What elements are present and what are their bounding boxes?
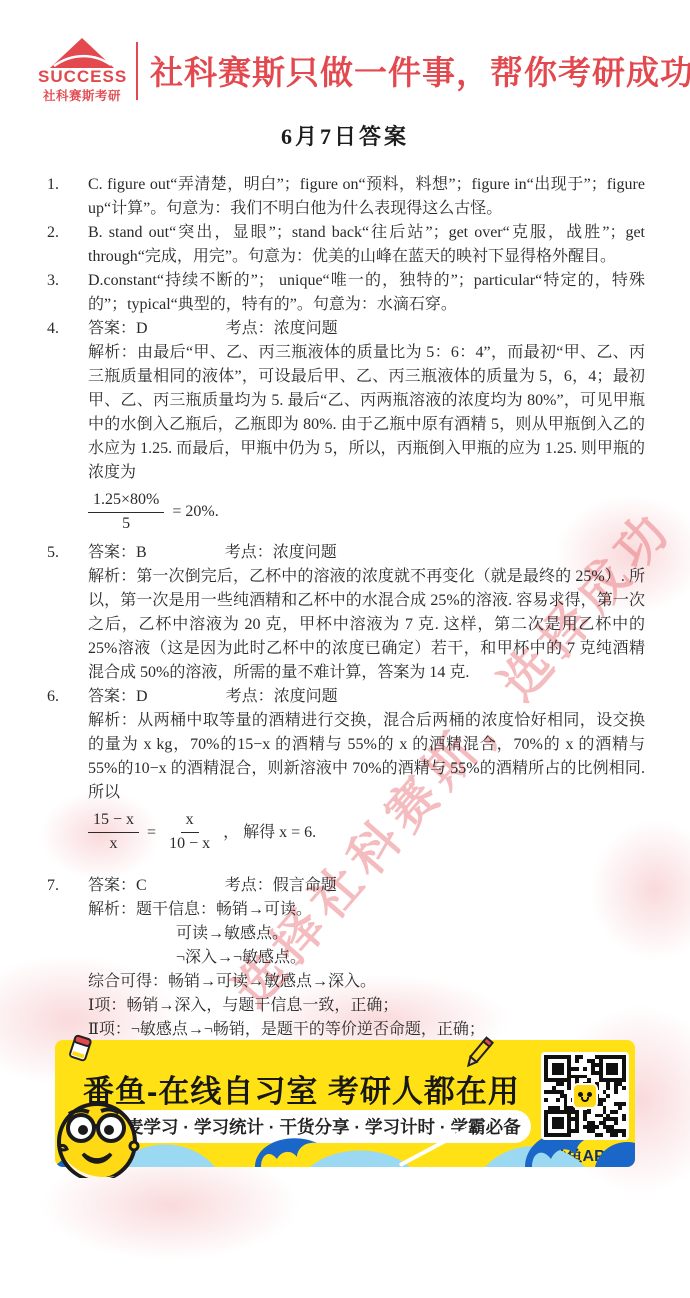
topic-label: 考点：浓度问题	[225, 541, 337, 565]
formula: 1.25×80% 5 = 20%.	[88, 490, 645, 535]
logo-brand-text: SUCCESS	[38, 68, 126, 86]
page-title: 6月7日答案	[0, 120, 690, 151]
answer-label: 答案：D	[88, 685, 148, 709]
logo-sub-text: 社科赛斯考研	[38, 86, 126, 104]
logic-line: ¬深入→¬敏感点。	[176, 946, 645, 970]
notebook-icon	[65, 1033, 95, 1065]
topic-label: 考点：浓度问题	[226, 685, 338, 709]
answer-label: 答案：B	[88, 541, 147, 565]
equals-sign: =	[147, 821, 156, 845]
topic-label: 考点：假言命题	[225, 874, 337, 898]
item-number: 4.	[47, 317, 88, 542]
fraction-numerator: x	[181, 810, 199, 833]
logic-line: Ⅱ项：¬敏感点→¬畅销，是题干的等价逆否命题，正确；	[88, 1018, 645, 1042]
analysis-text: 解析：第一次倒完后，乙杯中的溶液的浓度就不再变化（就是最终的 25%）. 所以，…	[88, 565, 645, 685]
answer-item-6: 6. 答案：D 考点：浓度问题 解析：从两桶中取等量的酒精进行交换，混合后两桶的…	[47, 685, 645, 862]
logic-line: 可读→敏感点。	[176, 922, 645, 946]
pufferfish-mascot-icon	[45, 1098, 163, 1178]
page: 选择社科赛斯，选择成功 SUCCESS 社科赛斯考研 社科赛斯只做一件事，帮你考…	[0, 0, 690, 1298]
header-divider	[136, 42, 138, 100]
fraction-denominator: 5	[117, 513, 135, 535]
answer-item-2: 2. B. stand out“突出，显眼”；stand back“往后站”；g…	[47, 221, 645, 269]
formula-tail: = 20%.	[172, 500, 218, 524]
item-text: D.constant“持续不断的”； unique“唯一的，独特的”；parti…	[88, 269, 645, 317]
analysis-text: 解析：由最后“甲、乙、丙三瓶液体的质量比为 5：6：4”，而最初“甲、乙、丙三瓶…	[88, 341, 645, 485]
item-number: 3.	[47, 269, 88, 317]
fraction-numerator: 15 − x	[88, 810, 139, 833]
qr-code	[541, 1052, 629, 1140]
fraction-denominator: 10 − x	[164, 833, 215, 855]
logo: SUCCESS 社科赛斯考研	[38, 38, 126, 104]
answer-label: 答案：C	[88, 874, 147, 898]
item-text: B. stand out“突出，显眼”；stand back“往后站”；get …	[88, 221, 645, 269]
item-number: 2.	[47, 221, 88, 269]
item-text: C. figure out“弄清楚，明白”；figure on“预料，料想”；f…	[88, 173, 645, 221]
fraction-numerator: 1.25×80%	[88, 490, 164, 513]
formula-tail: ， 解得 x = 6.	[223, 821, 316, 845]
logic-line: Ⅰ项：畅销→深入，与题干信息一致，正确；	[88, 994, 645, 1018]
answer-item-4: 4. 答案：D 考点：浓度问题 解析：由最后“甲、乙、丙三瓶液体的质量比为 5：…	[47, 317, 645, 542]
fraction-denominator: x	[105, 833, 123, 855]
item-number: 5.	[47, 541, 88, 685]
answer-item-5: 5. 答案：B 考点：浓度问题 解析：第一次倒完后，乙杯中的溶液的浓度就不再变化…	[47, 541, 645, 685]
logic-line: 解析：题干信息：畅销→可读。	[88, 898, 645, 922]
promo-banner[interactable]: 番鱼-在线自习室 考研人都在用 视频连麦学习 · 学习统计 · 干货分享 · 学…	[55, 1040, 635, 1167]
mountain-icon	[50, 38, 114, 68]
answer-list: 1. C. figure out“弄清楚，明白”；figure on“预料，料想…	[0, 151, 690, 1090]
item-number: 1.	[47, 173, 88, 221]
header: SUCCESS 社科赛斯考研 社科赛斯只做一件事，帮你考研成功！	[0, 0, 690, 104]
analysis-text: 解析：从两桶中取等量的酒精进行交换，混合后两桶的浓度恰好相同，设交换的量为 x …	[88, 709, 645, 805]
topic-label: 考点：浓度问题	[226, 317, 338, 341]
item-number: 6.	[47, 685, 88, 862]
qr-center-fish-icon	[572, 1083, 598, 1109]
answer-label: 答案：D	[88, 317, 148, 341]
answer-item-3: 3. D.constant“持续不断的”； unique“唯一的，独特的”；pa…	[47, 269, 645, 317]
logic-line: 综合可得：畅销→可读→敏感点→深入。	[88, 970, 645, 994]
formula: 15 − x x = x 10 − x ， 解得 x = 6.	[88, 810, 645, 855]
qr-caption: 番鱼APP	[541, 1143, 625, 1166]
header-slogan: 社科赛斯只做一件事，帮你考研成功！	[150, 51, 690, 91]
answer-item-1: 1. C. figure out“弄清楚，明白”；figure on“预料，料想…	[47, 173, 645, 221]
